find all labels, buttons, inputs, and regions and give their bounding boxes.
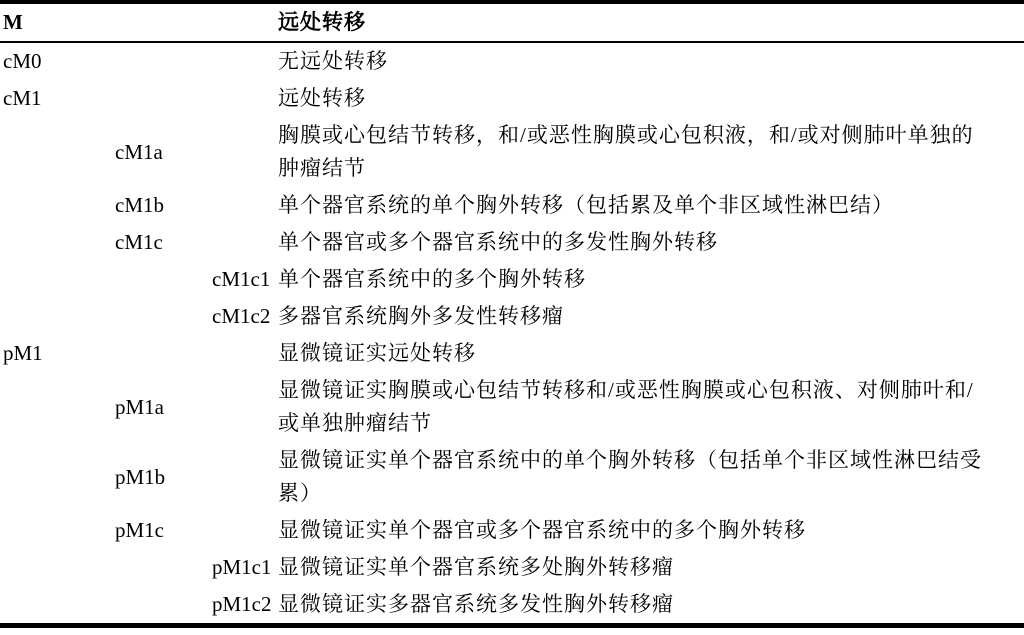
table-body: cM0无远处转移cM1远处转移cM1a胸膜或心包结节转移，和/或恶性胸膜或心包积… <box>0 43 1024 623</box>
table-row: cM0无远处转移 <box>0 43 1024 80</box>
table-row: cM1b单个器官系统的单个胸外转移（包括累及单个非区域性淋巴结） <box>0 187 1024 224</box>
row-label: cM0 <box>0 45 278 78</box>
table-row: cM1c1单个器官系统中的多个胸外转移 <box>0 261 1024 298</box>
row-label: pM1c2 <box>0 588 278 621</box>
table-row: pM1显微镜证实远处转移 <box>0 335 1024 372</box>
row-description: 多器官系统胸外多发性转移瘤 <box>278 300 1024 333</box>
row-label: pM1c <box>0 514 278 547</box>
row-label: pM1 <box>0 337 278 370</box>
table-row: pM1c1显微镜证实单个器官系统多处胸外转移瘤 <box>0 549 1024 586</box>
table-header-row: M 远处转移 <box>0 4 1024 43</box>
row-description: 显微镜证实单个器官系统中的单个胸外转移（包括单个非区域性淋巴结受累） <box>278 444 1024 510</box>
table-row: pM1c2显微镜证实多器官系统多发性胸外转移瘤 <box>0 586 1024 623</box>
row-label: cM1b <box>0 189 278 222</box>
table-row: cM1a胸膜或心包结节转移，和/或恶性胸膜或心包积液，和/或对侧肺叶单独的肿瘤结… <box>0 117 1024 187</box>
row-label: cM1a <box>0 136 278 169</box>
table-row: cM1c单个器官或多个器官系统中的多发性胸外转移 <box>0 224 1024 261</box>
table-row: cM1c2多器官系统胸外多发性转移瘤 <box>0 298 1024 335</box>
row-description: 胸膜或心包结节转移，和/或恶性胸膜或心包积液，和/或对侧肺叶单独的肿瘤结节 <box>278 119 1024 185</box>
m-staging-table: M 远处转移 cM0无远处转移cM1远处转移cM1a胸膜或心包结节转移，和/或恶… <box>0 0 1024 628</box>
row-label: pM1c1 <box>0 551 278 584</box>
row-description: 单个器官系统中的多个胸外转移 <box>278 263 1024 296</box>
row-description: 单个器官系统的单个胸外转移（包括累及单个非区域性淋巴结） <box>278 189 1024 222</box>
row-description: 显微镜证实胸膜或心包结节转移和/或恶性胸膜或心包积液、对侧肺叶和/或单独肿瘤结节 <box>278 374 1024 440</box>
row-description: 显微镜证实单个器官系统多处胸外转移瘤 <box>278 551 1024 584</box>
table-row: pM1c显微镜证实单个器官或多个器官系统中的多个胸外转移 <box>0 512 1024 549</box>
row-label: cM1c1 <box>0 263 278 296</box>
row-description: 远处转移 <box>278 82 1024 115</box>
row-label: pM1b <box>0 461 278 494</box>
row-description: 显微镜证实远处转移 <box>278 337 1024 370</box>
row-label: cM1c2 <box>0 300 278 333</box>
row-description: 单个器官或多个器官系统中的多发性胸外转移 <box>278 226 1024 259</box>
row-label: cM1 <box>0 82 278 115</box>
row-description: 显微镜证实单个器官或多个器官系统中的多个胸外转移 <box>278 514 1024 547</box>
header-col-m: M <box>0 6 278 39</box>
header-col-distant-metastasis: 远处转移 <box>278 6 1024 39</box>
row-label: pM1a <box>0 391 278 424</box>
table-row: pM1a显微镜证实胸膜或心包结节转移和/或恶性胸膜或心包积液、对侧肺叶和/或单独… <box>0 372 1024 442</box>
row-description: 无远处转移 <box>278 45 1024 78</box>
table-row: cM1远处转移 <box>0 80 1024 117</box>
row-label: cM1c <box>0 226 278 259</box>
table-row: pM1b显微镜证实单个器官系统中的单个胸外转移（包括单个非区域性淋巴结受累） <box>0 442 1024 512</box>
row-description: 显微镜证实多器官系统多发性胸外转移瘤 <box>278 588 1024 621</box>
